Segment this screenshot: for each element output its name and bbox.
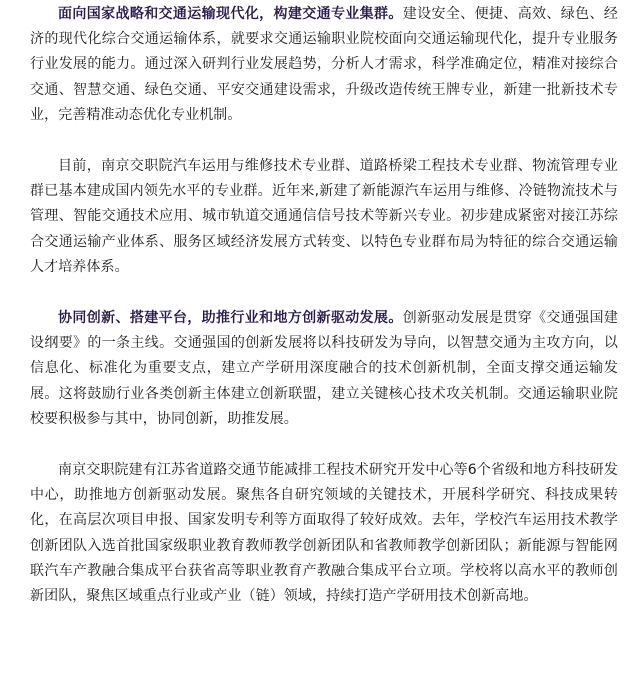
paragraph-lead-heading: 协同创新、搭建平台，助推行业和地方创新驱动发展。 (58, 310, 403, 326)
paragraph-text: 目前，南京交职院汽车运用与维修技术专业群、道路桥梁工程技术专业群、物流管理专业群… (30, 158, 618, 275)
paragraph-research-centers: 南京交职院建有江苏省道路交通节能减排工程技术研究开发中心等6个省级和地方科技研发… (30, 458, 618, 609)
paragraph-specialty-clusters: 面向国家战略和交通运输现代化，构建交通专业集群。建设安全、便捷、高效、绿色、经济… (30, 2, 618, 128)
paragraph-collaborative-innovation: 协同创新、搭建平台，助推行业和地方创新驱动发展。创新驱动发展是贯穿《交通强国建设… (30, 306, 618, 432)
article-body: 面向国家战略和交通运输现代化，构建交通专业集群。建设安全、便捷、高效、绿色、经济… (30, 2, 618, 635)
paragraph-text: 建设安全、便捷、高效、绿色、经济的现代化综合交通运输体系，就要求交通运输职业院校… (30, 6, 618, 123)
paragraph-lead-heading: 面向国家战略和交通运输现代化，构建交通专业集群。 (58, 6, 403, 22)
paragraph-current-status: 目前，南京交职院汽车运用与维修技术专业群、道路桥梁工程技术专业群、物流管理专业群… (30, 154, 618, 280)
paragraph-text: 创新驱动发展是贯穿《交通强国建设纲要》的一条主线。交通强国的创新发展将以科技研发… (30, 310, 618, 427)
paragraph-text: 南京交职院建有江苏省道路交通节能减排工程技术研究开发中心等6个省级和地方科技研发… (30, 462, 618, 604)
